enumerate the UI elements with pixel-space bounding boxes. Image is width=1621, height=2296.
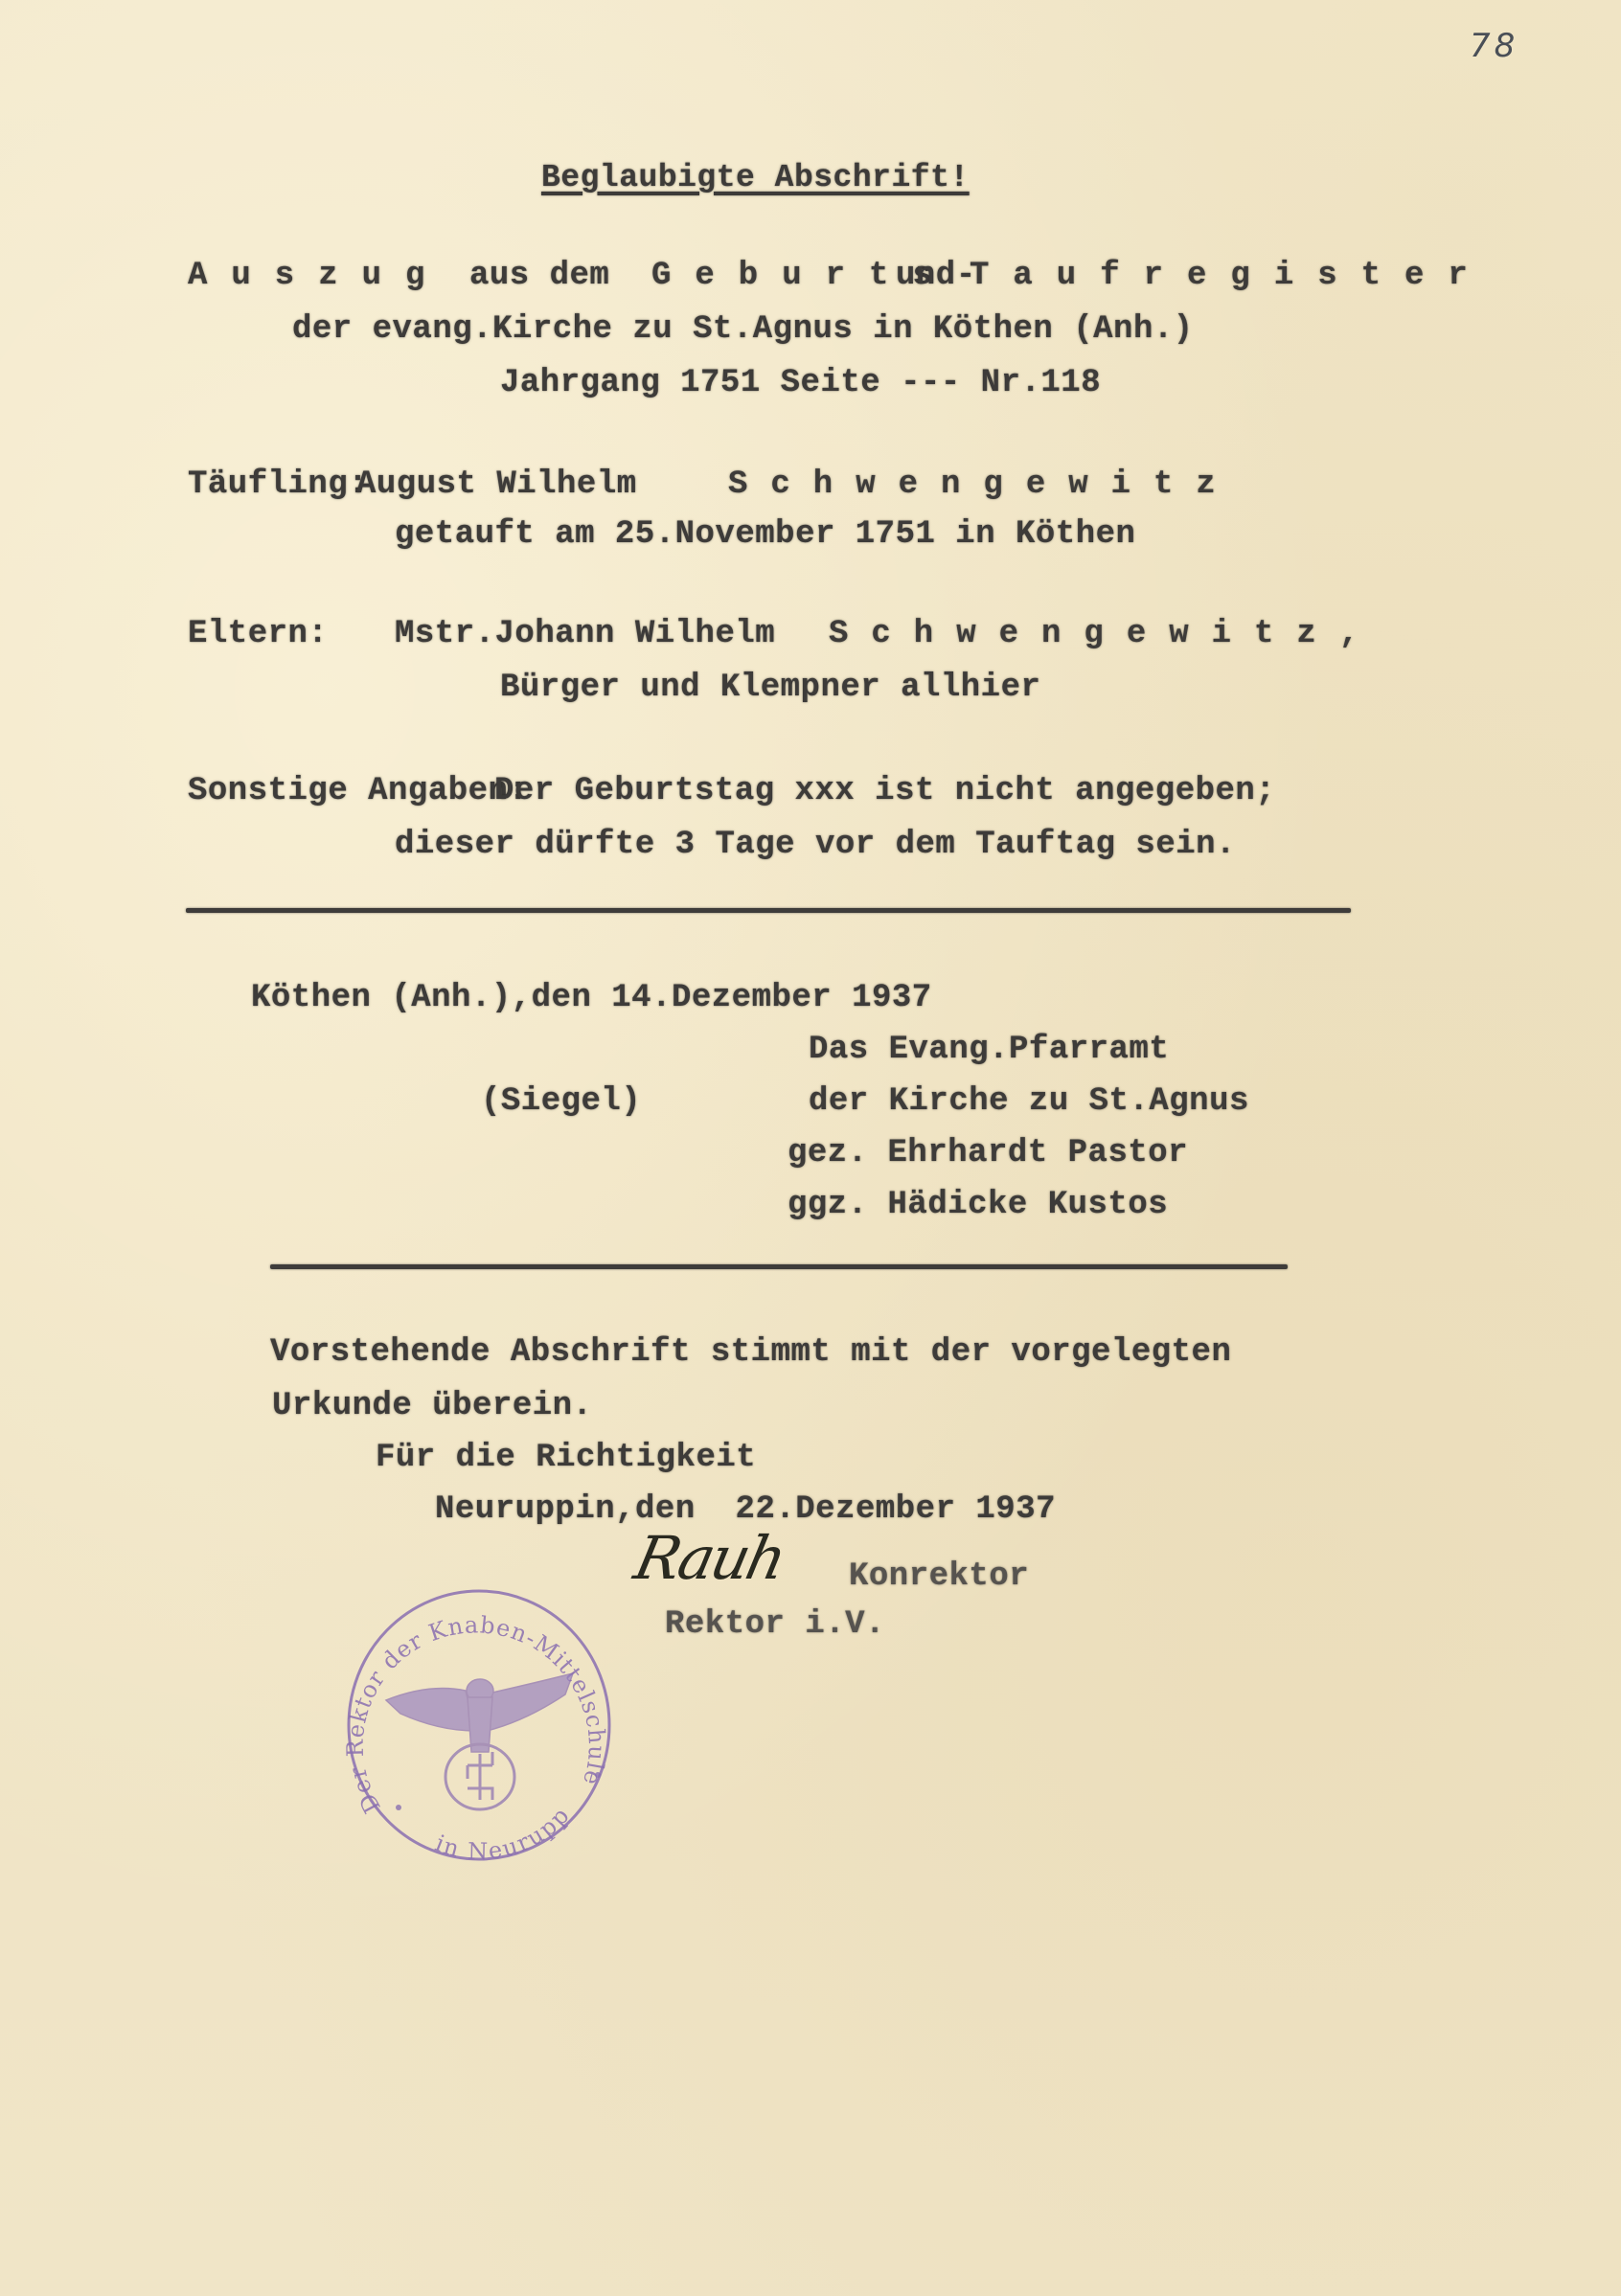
issuance-office-line-2: der Kirche zu St.Agnus — [809, 1082, 1249, 1121]
heading-line-3: Jahrgang 1751 Seite --- Nr.118 — [500, 364, 1101, 402]
other-line-2: dieser dürfte 3 Tage vor dem Tauftag sei… — [395, 826, 1236, 864]
divider-rule-1 — [186, 908, 1351, 913]
divider-rule-2 — [270, 1264, 1288, 1269]
heading-word-taufregister: Taufregister — [970, 257, 1492, 295]
certification-role-rektor: Rektor i.V. — [665, 1605, 885, 1644]
issuance-seal-note: (Siegel) — [481, 1082, 641, 1121]
issuance-signed-pastor: gez. Ehrhardt Pastor — [788, 1134, 1188, 1172]
baptized-label: Täufling: — [188, 466, 368, 504]
parents-given-names: Mstr.Johann Wilhelm — [395, 615, 775, 653]
certification-role-konrektor: Konrektor — [849, 1557, 1029, 1596]
issuance-place-date: Köthen (Anh.),den 14.Dezember 1937 — [251, 979, 932, 1017]
certification-line-2: Urkunde überein. — [272, 1387, 592, 1425]
other-line-1: Der Geburtstag xxx ist nicht angegeben; — [494, 772, 1275, 810]
other-label: Sonstige Angaben: — [188, 772, 528, 810]
document-title: Beglaubigte Abschrift! — [541, 159, 970, 197]
baptized-detail: getauft am 25.November 1751 in Köthen — [395, 515, 1135, 554]
heading-word-aus-dem: aus dem — [469, 257, 609, 295]
handwritten-signature: Rauh — [628, 1523, 789, 1593]
baptized-surname: Schwengewitz — [728, 466, 1239, 504]
parents-surname: Schwengewitz, — [829, 615, 1381, 653]
handwritten-page-number: 78 — [1470, 27, 1518, 65]
baptized-given-names: August Wilhelm — [356, 466, 637, 504]
parents-label: Eltern: — [188, 615, 328, 653]
certification-line-3: Für die Richtigkeit — [376, 1439, 756, 1477]
official-stamp: Der Rektor der Knaben-Mittelschule in Ne… — [343, 1587, 615, 1863]
heading-line-2: der evang.Kirche zu St.Agnus in Köthen (… — [292, 310, 1194, 349]
eagle-seal-icon: Der Rektor der Knaben-Mittelschule in Ne… — [343, 1587, 615, 1863]
issuance-office-line-1: Das Evang.Pfarramt — [809, 1031, 1169, 1069]
heading-word-und: und — [896, 257, 956, 295]
certification-line-1: Vorstehende Abschrift stimmt mit der vor… — [270, 1333, 1231, 1372]
parents-detail: Bürger und Klempner allhier — [500, 669, 1040, 707]
issuance-signed-kustos: ggz. Hädicke Kustos — [788, 1186, 1168, 1224]
heading-word-auszug: Auszug — [188, 257, 448, 295]
